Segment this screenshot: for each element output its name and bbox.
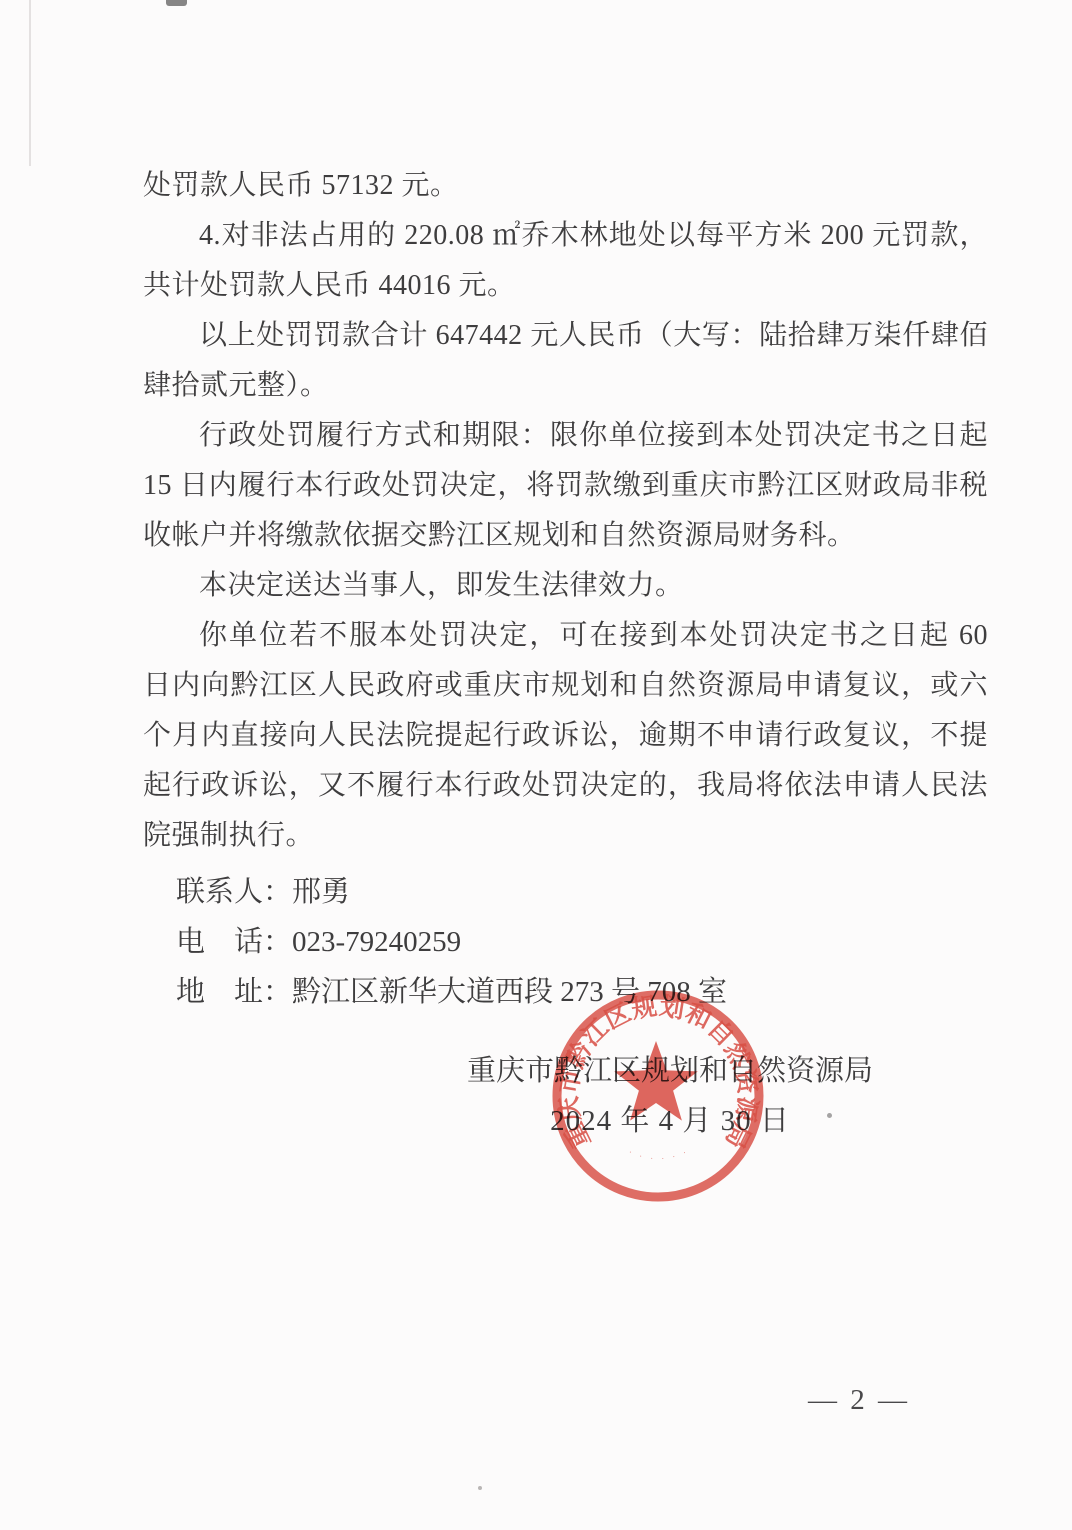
page-number: — 2 — — [808, 1384, 910, 1417]
body-line: 15 日内履行本行政处罚决定，将罚款缴到重庆市黔江区财政局非税 — [143, 461, 988, 511]
body-line: 个月内直接向人民法院提起行政诉讼，逾期不申请行政复议，不提 — [143, 711, 988, 761]
official-seal: 重庆市黔江区规划和自然资源局 · · · · · · · · · — [528, 966, 788, 1226]
body-line: 院强制执行。 — [143, 811, 988, 861]
seal-star-icon — [614, 1041, 698, 1121]
body-line: 你单位若不服本处罚决定，可在接到本处罚决定书之日起 60 — [143, 611, 988, 661]
body-line: 本决定送达当事人，即发生法律效力。 — [143, 561, 988, 611]
scan-edge-line — [29, 0, 31, 166]
body-line: 日内向黔江区人民政府或重庆市规划和自然资源局申请复议，或六 — [143, 661, 988, 711]
body-line: 收帐户并将缴款依据交黔江区规划和自然资源局财务科。 — [143, 511, 988, 561]
body-line: 起行政诉讼，又不履行本行政处罚决定的，我局将依法申请人民法 — [143, 761, 988, 811]
body-line: 处罚款人民币 57132 元。 — [143, 161, 988, 211]
body-line: 行政处罚履行方式和期限：限你单位接到本处罚决定书之日起 — [143, 411, 988, 461]
body-line: 肆拾贰元整）。 — [143, 361, 988, 411]
body-line: 共计处罚款人民币 44016 元。 — [143, 261, 988, 311]
scan-smudge — [166, 0, 187, 6]
body-line: 4.对非法占用的 220.08 ㎡乔木林地处以每平方米 200 元罚款， — [143, 211, 988, 261]
scan-speck — [478, 1486, 482, 1490]
document-body: 处罚款人民币 57132 元。 4.对非法占用的 220.08 ㎡乔木林地处以每… — [143, 161, 988, 861]
contact-person-line: 联系人：邢勇 — [176, 865, 727, 915]
scanned-document-page: 处罚款人民币 57132 元。 4.对非法占用的 220.08 ㎡乔木林地处以每… — [0, 0, 1072, 1530]
body-line: 以上处罚罚款合计 647442 元人民币（大写：陆拾肆万柒仟肆佰 — [143, 311, 988, 361]
contact-phone-line: 电 话：023-79240259 — [176, 915, 727, 965]
